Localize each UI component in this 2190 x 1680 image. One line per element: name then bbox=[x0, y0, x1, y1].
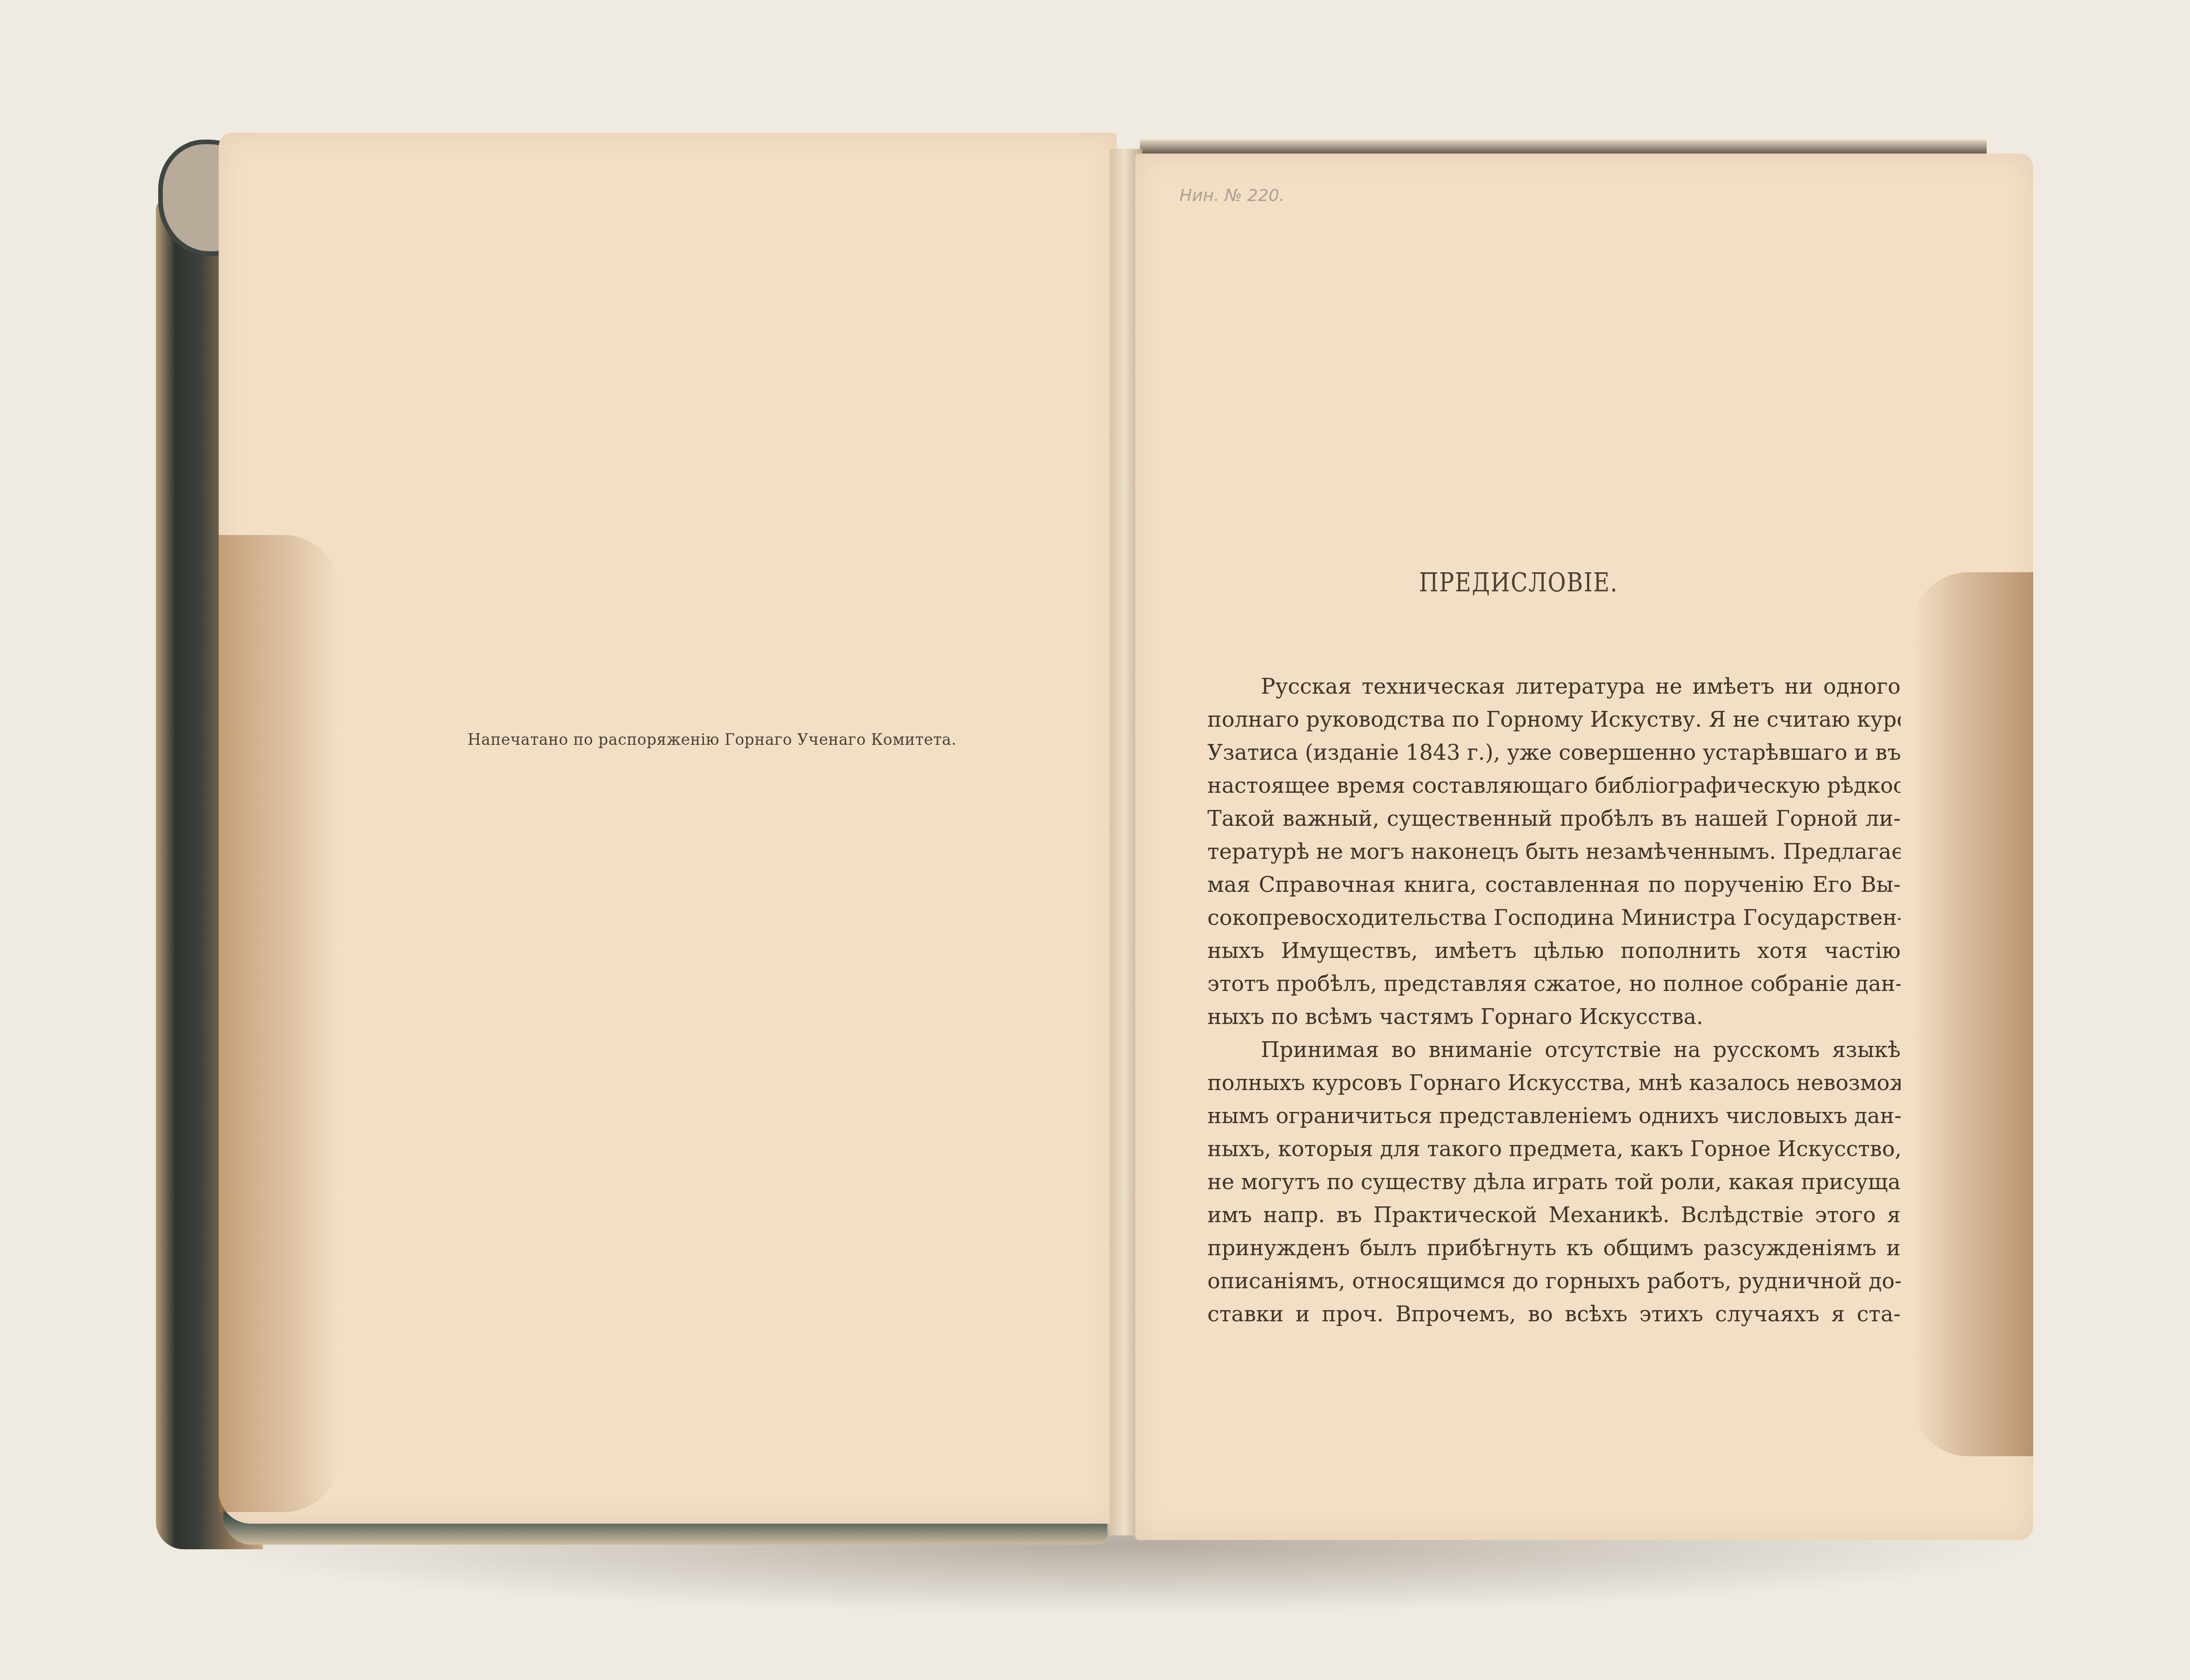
paragraph-2: Принимая во вниманіе отсутствіе на русск… bbox=[1207, 1033, 1901, 1331]
text-line: полныхъ курсовъ Горнаго Искусства, мнѣ к… bbox=[1207, 1066, 1901, 1099]
text-line: Такой важный, существенный пробѣлъ въ на… bbox=[1207, 802, 1901, 835]
water-stain-left bbox=[219, 535, 340, 1512]
text-line: Узатиса (изданіе 1843 г.), уже совершенн… bbox=[1207, 736, 1901, 769]
text-line: ставки и проч. Впрочемъ, во всѣхъ этихъ … bbox=[1207, 1298, 1901, 1331]
text-line: описаніямъ, относящимся до горныхъ работ… bbox=[1207, 1265, 1901, 1298]
water-stain-right bbox=[1912, 572, 2033, 1456]
text-line: не могутъ по существу дѣла играть той ро… bbox=[1207, 1165, 1901, 1198]
text-line: ныхъ, которыя для такого предмета, какъ … bbox=[1207, 1132, 1901, 1165]
text-line: полнаго руководства по Горному Искуству.… bbox=[1207, 703, 1901, 736]
page-title: ПРЕДИСЛОВІЕ. bbox=[1419, 568, 1656, 598]
text-line: имъ напр. въ Практической Механикѣ. Вслѣ… bbox=[1207, 1198, 1901, 1232]
printing-authorization-line: Напечатано по распоряженію Горнаго Учена… bbox=[468, 730, 951, 749]
text-line: ныхъ Имуществъ, имѣетъ цѣлью пополнить х… bbox=[1207, 934, 1901, 967]
text-line: настоящее время составляющаго библіограф… bbox=[1207, 769, 1901, 802]
text-line: принужденъ былъ прибѣгнуть къ общимъ раз… bbox=[1207, 1232, 1901, 1265]
text-line: нымъ ограничиться представленіемъ однихъ… bbox=[1207, 1099, 1901, 1132]
text-line: мая Справочная книга, составленная по по… bbox=[1207, 868, 1901, 901]
preface-body: Русская техническая литература не имѣетъ… bbox=[1207, 670, 1901, 1331]
text-line: Принимая во вниманіе отсутствіе на русск… bbox=[1207, 1033, 1901, 1066]
text-line: этотъ пробѣлъ, представляя сжатое, но по… bbox=[1207, 967, 1901, 1000]
paragraph-1: Русская техническая литература не имѣетъ… bbox=[1207, 670, 1901, 1033]
text-line: тературѣ не могъ наконецъ быть незамѣчен… bbox=[1207, 835, 1901, 868]
text-line: Русская техническая литература не имѣетъ… bbox=[1207, 670, 1901, 703]
left-page bbox=[219, 133, 1117, 1524]
pencil-inventory-note: Нин. № 220. bbox=[1179, 186, 1285, 205]
text-line: ныхъ по всѣмъ частямъ Горнаго Искусства. bbox=[1207, 1000, 1901, 1033]
text-line: сокопревосходительства Господина Министр… bbox=[1207, 901, 1901, 934]
